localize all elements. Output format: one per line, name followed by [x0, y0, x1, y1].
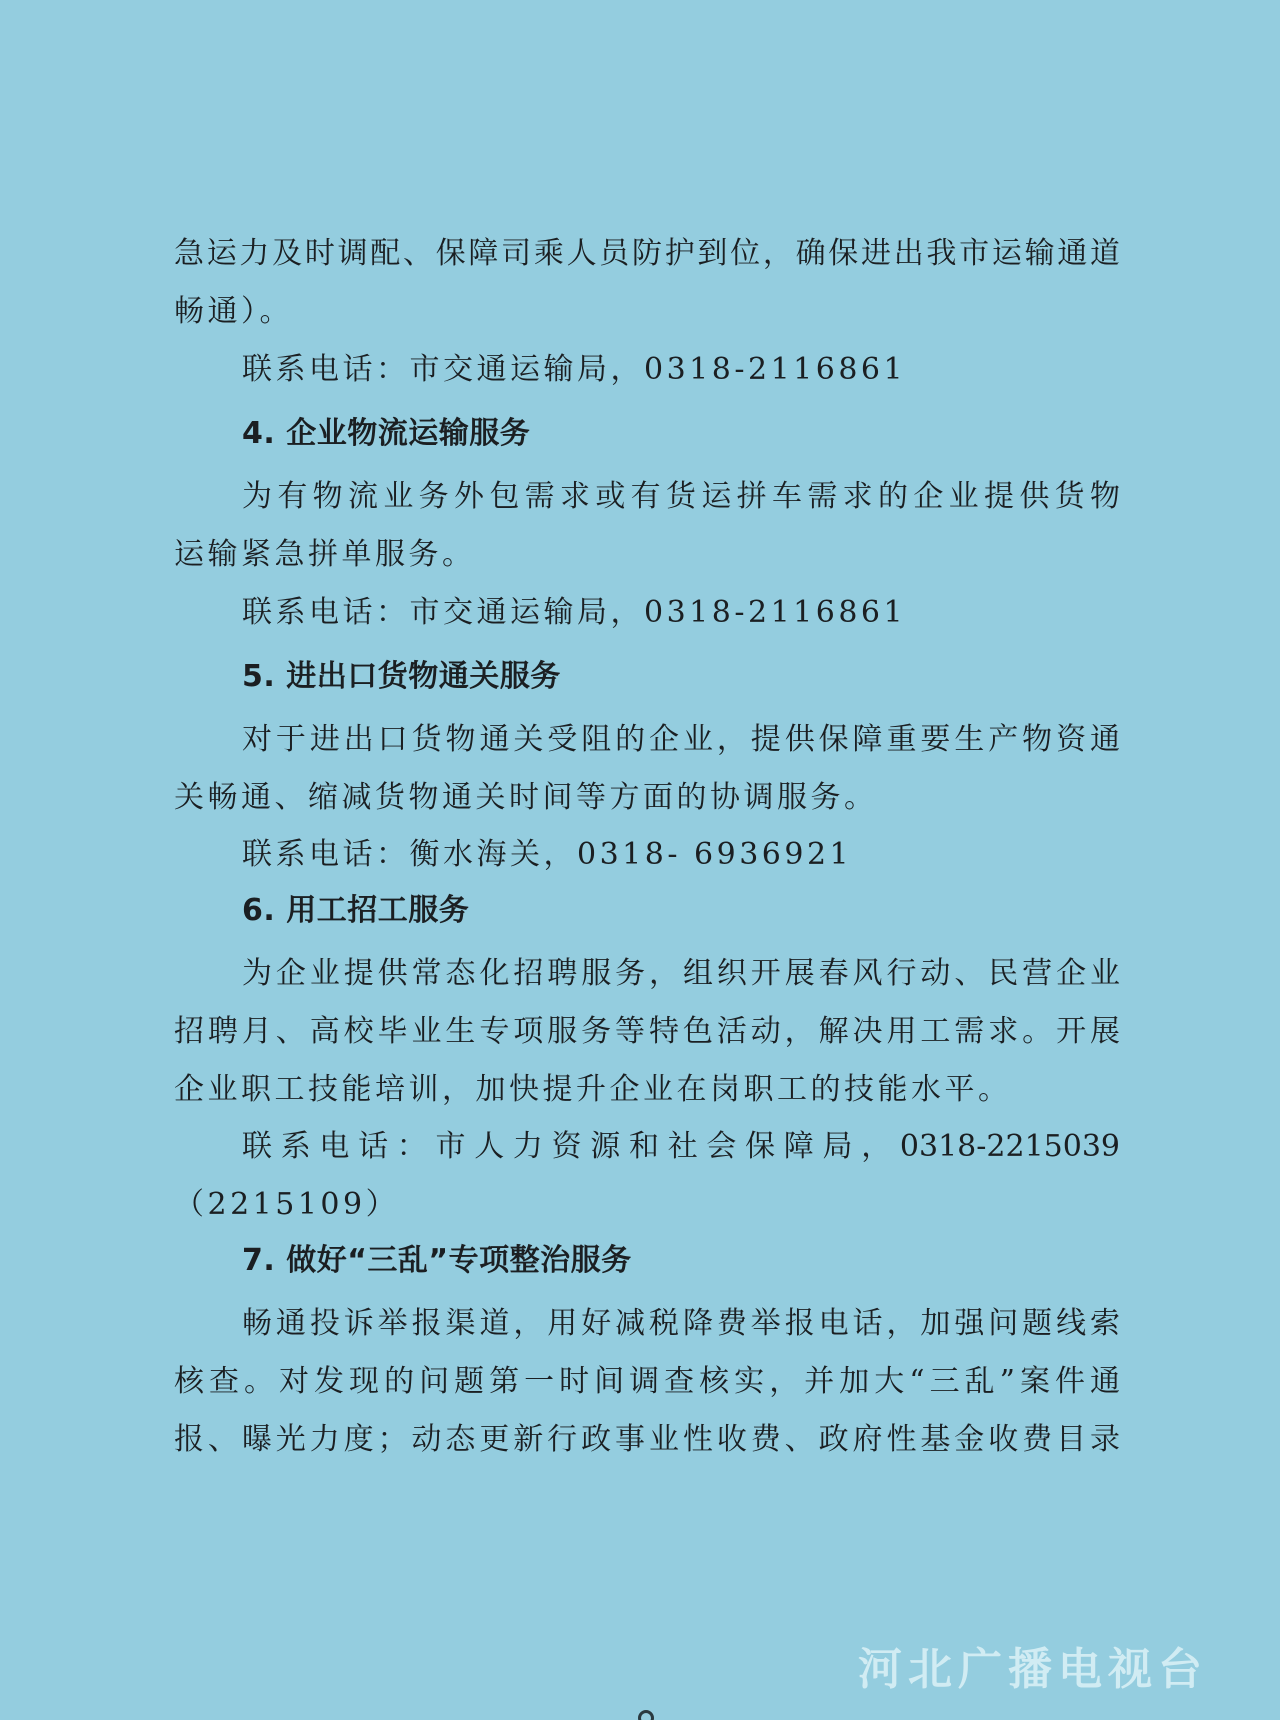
body-line: 核查。对发现的问题第一时间调查核实，并加大“三乱”案件通 [174, 1364, 1120, 1400]
contact-line: （2215109） [174, 1187, 399, 1223]
body-line: 关畅通、缩减货物通关时间等方面的协调服务。 [174, 780, 878, 816]
section-heading: 6. 用工招工服务 [242, 893, 469, 929]
body-line: 急运力及时调配、保障司乘人员防护到位，确保进出我市运输通道 [174, 236, 1120, 272]
body-line: 畅通）。 [174, 294, 293, 330]
body-line: 为企业提供常态化招聘服务，组织开展春风行动、民营企业 [242, 956, 1120, 992]
section-heading: 5. 进出口货物通关服务 [242, 659, 561, 695]
body-line: 为有物流业务外包需求或有货运拼车需求的企业提供货物 [242, 479, 1120, 515]
broadcaster-watermark: 河北广播电视台 [858, 1633, 1208, 1697]
body-line: 招聘月、高校毕业生专项服务等特色活动，解决用工需求。开展 [174, 1014, 1120, 1050]
section-heading: 7. 做好“三乱”专项整治服务 [242, 1243, 632, 1279]
contact-line: 联系电话：衡水海关，0318- 6936921 [242, 837, 852, 873]
body-line: 对于进出口货物通关受阻的企业，提供保障重要生产物资通 [242, 722, 1120, 758]
body-line: 运输紧急拼单服务。 [174, 537, 476, 573]
contact-line: 联系电话：市交通运输局，0318-2116861 [242, 352, 906, 388]
body-line: 企业职工技能培训，加快提升企业在岗职工的技能水平。 [174, 1072, 1012, 1108]
page-number-glyph [638, 1710, 654, 1720]
contact-line: 联系电话：市交通运输局，0318-2116861 [242, 595, 906, 631]
contact-line: 联系电话：市人力资源和社会保障局，0318-2215039 [242, 1129, 1120, 1165]
section-heading: 4. 企业物流运输服务 [242, 416, 530, 452]
body-line: 畅通投诉举报渠道，用好减税降费举报电话，加强问题线索 [242, 1306, 1120, 1342]
body-line: 报、曝光力度；动态更新行政事业性收费、政府性基金收费目录 [174, 1422, 1120, 1458]
